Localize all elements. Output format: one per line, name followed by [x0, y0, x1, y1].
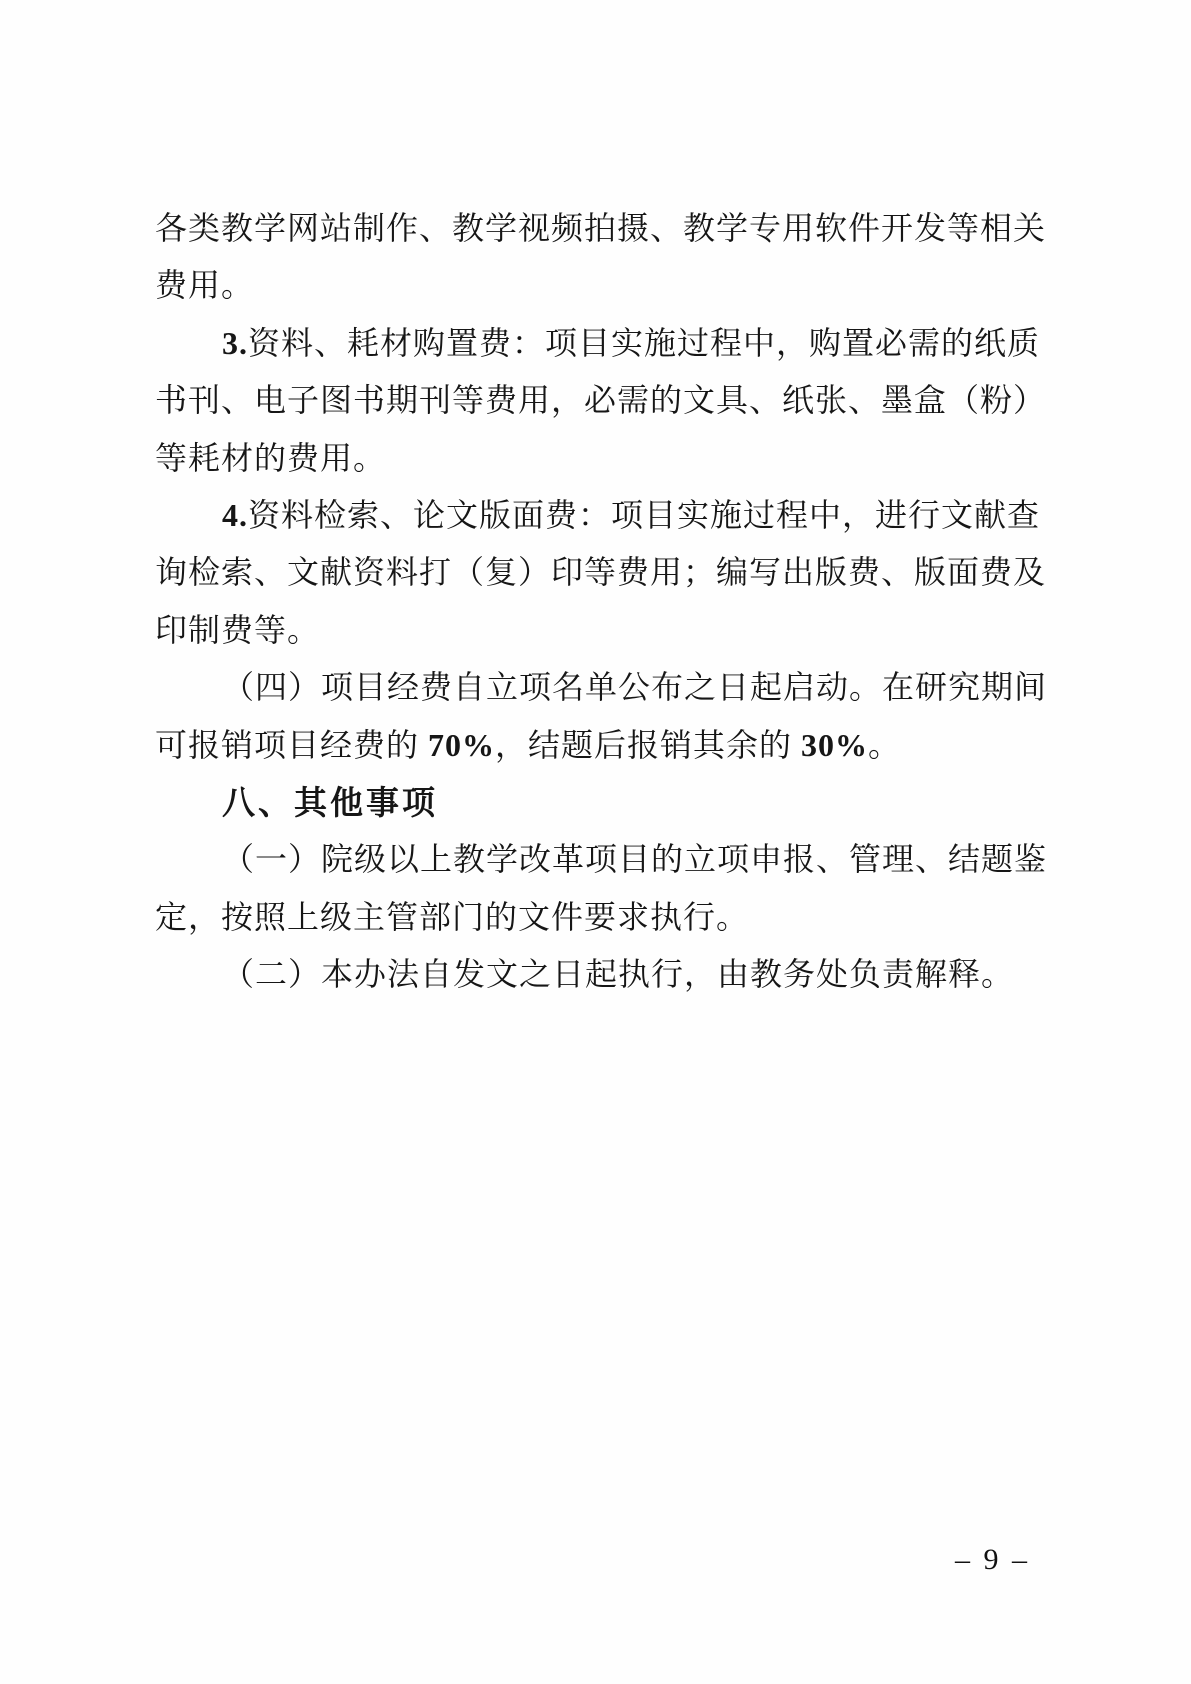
text-segment: 70% [428, 727, 495, 763]
document-line: 费用。 [155, 257, 1055, 314]
document-line: （二）本办法自发文之日起执行，由教务处负责解释。 [155, 946, 1055, 1003]
document-line: 可报销项目经费的 70%，结题后报销其余的 30%。 [155, 717, 1055, 774]
text-segment: 资料、耗材购置费：项目实施过程中，购置必需的纸质 [248, 325, 1040, 361]
text-segment: 费用。 [155, 267, 254, 303]
document-line: 书刊、电子图书期刊等费用，必需的文具、纸张、墨盒（粉） [155, 372, 1055, 429]
text-segment: 询检索、文献资料打（复）印等费用；编写出版费、版面费及 [155, 554, 1046, 590]
text-segment: 印制费等。 [155, 612, 320, 648]
document-line: 3.资料、耗材购置费：项目实施过程中，购置必需的纸质 [155, 315, 1055, 372]
text-segment: 。 [868, 727, 901, 763]
document-line: （一）院级以上教学改革项目的立项申报、管理、结题鉴 [155, 831, 1055, 888]
document-line: （四）项目经费自立项名单公布之日起启动。在研究期间 [155, 659, 1055, 716]
text-segment: 定，按照上级主管部门的文件要求执行。 [155, 899, 749, 935]
text-segment: 等耗材的费用。 [155, 440, 386, 476]
section-heading: 八、其他事项 [155, 774, 1055, 831]
text-segment: 4. [222, 497, 248, 533]
text-segment: （二）本办法自发文之日起执行，由教务处负责解释。 [222, 956, 1014, 992]
text-segment: （四）项目经费自立项名单公布之日起启动。在研究期间 [222, 669, 1047, 705]
text-segment: 资料检索、论文版面费：项目实施过程中，进行文献查 [248, 497, 1040, 533]
page-number: – 9 – [955, 1540, 1030, 1580]
text-segment: 八、其他事项 [222, 784, 438, 821]
text-segment: 书刊、电子图书期刊等费用，必需的文具、纸张、墨盒（粉） [155, 382, 1046, 418]
document-line: 4.资料检索、论文版面费：项目实施过程中，进行文献查 [155, 487, 1055, 544]
document-page: 各类教学网站制作、教学视频拍摄、教学专用软件开发等相关费用。3.资料、耗材购置费… [0, 0, 1191, 1684]
text-segment: 30% [801, 727, 868, 763]
text-segment: ，结题后报销其余的 [495, 727, 801, 763]
text-segment: 3. [222, 325, 248, 361]
text-segment: （一）院级以上教学改革项目的立项申报、管理、结题鉴 [222, 841, 1047, 877]
text-segment: 可报销项目经费的 [155, 727, 428, 763]
document-line: 询检索、文献资料打（复）印等费用；编写出版费、版面费及 [155, 544, 1055, 601]
document-line: 定，按照上级主管部门的文件要求执行。 [155, 889, 1055, 946]
text-segment: 各类教学网站制作、教学视频拍摄、教学专用软件开发等相关 [155, 210, 1046, 246]
document-line: 印制费等。 [155, 602, 1055, 659]
document-body: 各类教学网站制作、教学视频拍摄、教学专用软件开发等相关费用。3.资料、耗材购置费… [155, 200, 1055, 1003]
document-line: 等耗材的费用。 [155, 430, 1055, 487]
document-line: 各类教学网站制作、教学视频拍摄、教学专用软件开发等相关 [155, 200, 1055, 257]
